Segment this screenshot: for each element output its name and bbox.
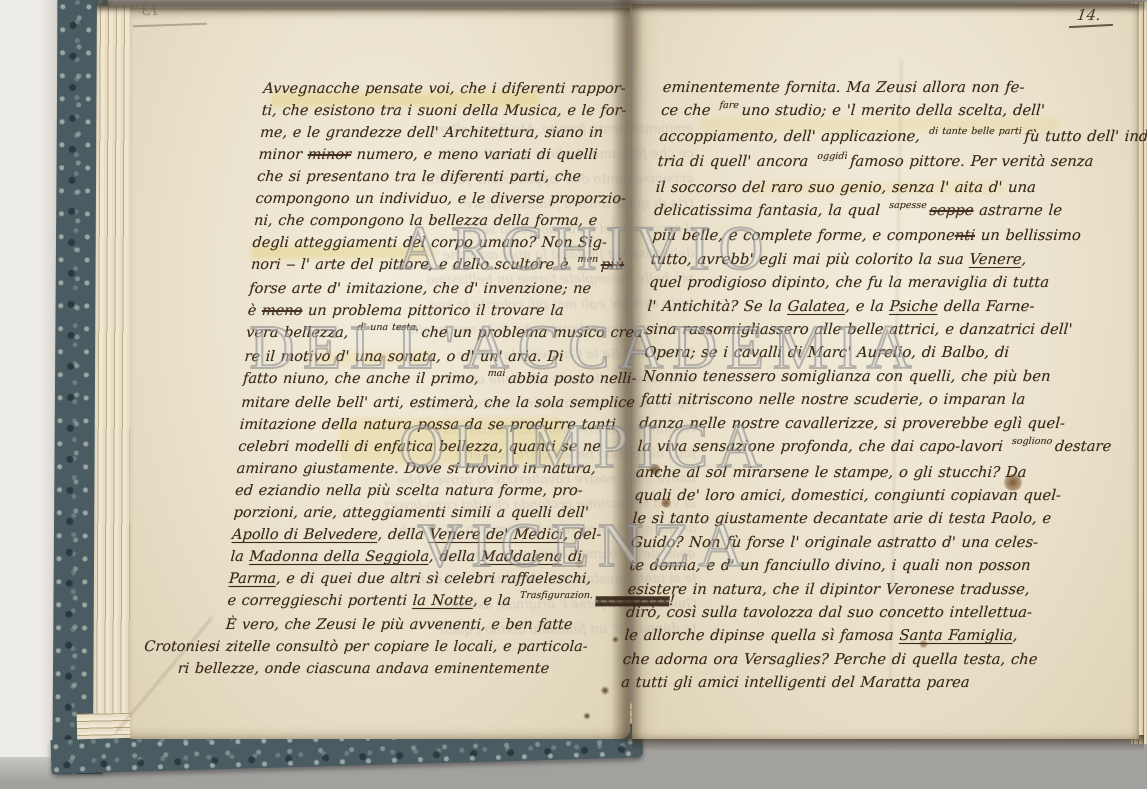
manuscript-text: più belle, e complete forme, e compone xyxy=(652,227,956,244)
manuscript-line: danza nelle nostre cavallerizze, si prov… xyxy=(639,412,1147,435)
manuscript-text: danza nelle nostre cavallerizze, si prov… xyxy=(639,415,1066,432)
manuscript-text: delicatissima fantasia, la qual xyxy=(654,202,887,219)
folio-mark-left-showthrough: 13 xyxy=(141,3,159,20)
manuscript-text: famoso pittore. Per verità senza xyxy=(849,153,1094,170)
manuscript-text: forse arte d' imitazione, che d' invenzi… xyxy=(249,281,592,297)
handwritten-text-right: eminentemente fornita. Ma Zeusi allora n… xyxy=(620,76,1147,695)
manuscript-text: e correggieschi portenti xyxy=(227,593,413,609)
manuscript-text: dirò, così sulla tavolozza dal suo conce… xyxy=(626,604,1033,621)
manuscript-line: celebri modelli di enfatica bellezza, qu… xyxy=(237,436,686,458)
interlinear-insertion: oggidì xyxy=(817,151,848,162)
manuscript-line: e correggieschi portenti la Notte, e la … xyxy=(227,590,676,614)
right-page: Raffaello, e Correggionon avrebberoimita… xyxy=(632,4,1139,739)
manuscript-text: , xyxy=(1012,627,1018,644)
manuscript-line: l' Antichità? Se la Galatea, e la Psiche… xyxy=(647,295,1147,318)
manuscript-line: delicatissima fantasia, la qual sapesses… xyxy=(653,199,1147,224)
manuscript-text: le sì tanto giustamente decantate arie d… xyxy=(632,510,1052,527)
manuscript-line: esistere in natura, che il dipintor Vero… xyxy=(627,578,1140,601)
manuscript-text: , della xyxy=(428,549,481,565)
manuscript-text: sina rassomigliassero alle belle attrici… xyxy=(645,321,1073,338)
manuscript-text: ni, che compongono la bellezza della for… xyxy=(253,213,597,229)
manuscript-line: ri bellezze, onde ciascuna andava eminen… xyxy=(177,658,671,680)
manuscript-text: quali de' loro amici, domestici, congiun… xyxy=(634,487,1062,504)
manuscript-line: eminentemente fornita. Ma Zeusi allora n… xyxy=(662,76,1147,99)
manuscript-text: eminentemente fornita. Ma Zeusi allora n… xyxy=(662,79,1025,96)
struck-word: seppe xyxy=(929,202,974,219)
manuscript-text: il soccorso del raro suo genio, senza l'… xyxy=(655,179,1036,196)
manuscript-text: ce che xyxy=(661,102,717,119)
left-page: eminentemente fornita. Ma Zeusi allorace… xyxy=(130,8,630,739)
manuscript-text: che un problema musico crea- xyxy=(421,325,648,341)
manuscript-line: imitazione della natura possa da se prod… xyxy=(239,414,688,436)
manuscript-text: amirano giustamente. Dove si trovino in … xyxy=(236,461,596,477)
interlinear-insertion: d' una testa, xyxy=(357,322,419,333)
manuscript-text: di xyxy=(562,549,583,565)
manuscript-text: Santa Famiglia xyxy=(899,627,1014,644)
manuscript-text: numero, e meno variati di quelli xyxy=(350,147,598,163)
manuscript-text: l' Antichità? Se la xyxy=(647,298,788,315)
manuscript-line: le allorche dipinse quella sì famosa San… xyxy=(624,624,1137,647)
open-book: eminentemente fornita. Ma Zeusi allorace… xyxy=(55,0,1147,789)
manuscript-text: vera bellezza, xyxy=(246,325,355,341)
manuscript-text: , e di quei due altri sì celebri raffael… xyxy=(276,571,592,587)
manuscript-text: le allorche dipinse quella sì famosa xyxy=(624,627,900,644)
manuscript-text: , xyxy=(1021,251,1027,268)
manuscript-text: È vero, che Zeusi le più avvenenti, e be… xyxy=(225,617,573,633)
manuscript-text: uno studio; e 'l merito della scelta, de… xyxy=(741,102,1045,119)
manuscript-text: Galatea xyxy=(787,298,846,315)
manuscript-line: degli atteggiamenti del corpo umano? Non… xyxy=(252,232,701,254)
folio-number-right: 14. xyxy=(1076,6,1102,24)
manuscript-line: Apollo di Belvedere, della Venere de' Me… xyxy=(231,524,680,546)
manuscript-line: amirano giustamente. Dove si trovino in … xyxy=(236,458,685,480)
manuscript-text: Madonna della Seggiola xyxy=(249,549,430,565)
manuscript-text: è xyxy=(247,303,262,319)
manuscript-line: più belle, e complete forme, e component… xyxy=(652,224,1147,247)
manuscript-text: fatti nitriscono nelle nostre scuderie, … xyxy=(640,391,1025,408)
manuscript-text: Venere de' Medici xyxy=(429,527,564,543)
manuscript-text: destare xyxy=(1054,438,1112,455)
manuscript-text: me, e le grandezze dell' Architettura, s… xyxy=(260,125,604,141)
manuscript-text: compongono un individuo, e le diverse pr… xyxy=(255,191,626,207)
manuscript-text: che adorna ora Versaglies? Perche di que… xyxy=(622,651,1038,668)
manuscript-text: anche al sol mirarsene le stampe, o gli … xyxy=(635,464,1027,481)
manuscript-line: che adorna ora Versaglies? Perche di que… xyxy=(622,648,1135,671)
manuscript-text: ti, che esistono tra i suoni della Music… xyxy=(261,103,627,119)
manuscript-text: imitazione della natura possa da se prod… xyxy=(239,417,616,433)
manuscript-scan: { "meta": { "description": "Scanned open… xyxy=(0,0,1147,789)
manuscript-text: fatto niuno, che anche il primo, xyxy=(242,371,484,387)
manuscript-line: ce che fareuno studio; e 'l merito della… xyxy=(660,99,1147,124)
manuscript-line: re il motivo d' una sonata, o d' un' ari… xyxy=(244,346,693,368)
manuscript-text: tutto, avrebb' egli mai più colorito la … xyxy=(650,251,970,268)
manuscript-text: tria di quell' ancora xyxy=(657,153,815,170)
manuscript-text: , del- xyxy=(563,527,602,543)
manuscript-line: la Madonna della Seggiola, della Maddale… xyxy=(230,546,679,568)
manuscript-line: Parma, e di quei due altri sì celebri ra… xyxy=(228,568,677,590)
manuscript-line: ti, che esistono tra i suoni della Music… xyxy=(261,100,710,122)
manuscript-line: è meno un problema pittorico il trovare … xyxy=(247,300,696,322)
manuscript-line: vera bellezza, d' una testa,che un probl… xyxy=(245,322,694,346)
manuscript-line: Crotoniesi zitelle consultò per copiare … xyxy=(143,636,672,658)
manuscript-line: ed eziandio nella più scelta natura form… xyxy=(234,480,683,502)
manuscript-line: mitare delle bell' arti, estimerà, che l… xyxy=(241,392,690,414)
manuscript-line: tutto, avrebb' egli mai più colorito la … xyxy=(650,248,1147,271)
interlinear-insertion: sapesse xyxy=(889,200,927,211)
manuscript-line: sina rassomigliassero alle belle attrici… xyxy=(645,318,1147,341)
manuscript-line: me, e le grandezze dell' Architettura, s… xyxy=(259,122,708,144)
scanner-glare-strip xyxy=(0,0,57,757)
struck-word: più xyxy=(600,257,624,273)
manuscript-text: , e la xyxy=(845,298,890,315)
interlinear-insertion: mai xyxy=(487,368,505,379)
manuscript-text: nori ‒ l' arte del pittore, e dello scul… xyxy=(250,257,574,273)
manuscript-line: porzioni, arie, atteggiamenti simili a q… xyxy=(233,502,682,524)
manuscript-text: accoppiamento, dell' applicazione, xyxy=(659,128,927,145)
manuscript-line: che si presentano tra le diferenti parti… xyxy=(256,166,705,188)
manuscript-line: minor minor numero, e meno variati di qu… xyxy=(258,144,707,166)
manuscript-line: nori ‒ l' arte del pittore, e dello scul… xyxy=(250,254,699,278)
manuscript-line: accoppiamento, dell' applicazione, di ta… xyxy=(658,125,1147,150)
interlinear-insertion: men xyxy=(577,254,599,265)
manuscript-text: minor xyxy=(258,147,308,163)
manuscript-text: un bellissimo xyxy=(974,227,1081,244)
interlinear-insertion: fare xyxy=(719,100,739,111)
manuscript-text: te donna, e d' un fanciullo divino, i qu… xyxy=(629,557,1031,574)
manuscript-line: Guido? Non fù forse l' originale astratt… xyxy=(630,531,1143,554)
manuscript-text: , della xyxy=(377,527,430,543)
manuscript-line: fatti nitriscono nelle nostre scuderie, … xyxy=(640,388,1147,411)
manuscript-line: compongono un individuo, e le diverse pr… xyxy=(255,188,704,210)
manuscript-line: te donna, e d' un fanciullo divino, i qu… xyxy=(629,554,1142,577)
manuscript-text: Venere xyxy=(969,251,1022,268)
interlinear-insertion: di tante belle parti xyxy=(929,126,1023,137)
manuscript-text: fù tutto dell' indus- xyxy=(1024,128,1147,145)
manuscript-text: che si presentano tra le diferenti parti… xyxy=(257,169,582,185)
manuscript-text: la xyxy=(230,549,250,565)
manuscript-text: Guido? Non fù forse l' originale astratt… xyxy=(630,534,1038,551)
manuscript-text: mitare delle bell' arti, estimerà, che l… xyxy=(241,395,636,411)
manuscript-text: abbia posto nelli- xyxy=(507,371,637,387)
manuscript-line: le sì tanto giustamente decantate arie d… xyxy=(632,507,1145,530)
manuscript-text: Apollo di Belvedere xyxy=(232,527,379,543)
manuscript-text: la viva sensazione profonda, che dai cap… xyxy=(637,438,1009,455)
struck-word: minor xyxy=(307,147,352,163)
struck-word: nti xyxy=(954,227,975,244)
manuscript-line: tria di quell' ancora oggidìfamoso pitto… xyxy=(657,150,1147,175)
manuscript-text: Maddalena xyxy=(480,549,563,565)
page-top-edge-smudge xyxy=(97,0,1145,9)
manuscript-line: a tutti gli amici intelligenti del Marat… xyxy=(620,671,1133,694)
manuscript-text: la Notte xyxy=(412,593,474,609)
manuscript-text: porzioni, arie, atteggiamenti simili a q… xyxy=(233,505,589,521)
manuscript-text: della Farne- xyxy=(937,298,1035,315)
manuscript-line: Avvegnacche pensate voi, che i diferenti… xyxy=(263,78,712,100)
manuscript-text: Crotoniesi zitelle consultò per copiare … xyxy=(144,639,589,655)
manuscript-line: È vero, che Zeusi le più avvenenti, e be… xyxy=(225,614,674,636)
manuscript-line: Opera; se i cavalli di Marc' Aurelio, di… xyxy=(643,341,1147,364)
struck-word: meno xyxy=(261,303,303,319)
manuscript-text: celebri modelli di enfatica bellezza, qu… xyxy=(238,439,602,455)
interlinear-insertion: sogliono xyxy=(1012,436,1053,447)
manuscript-line: quel prodigioso dipinto, che fu la merav… xyxy=(648,271,1147,294)
manuscript-line: la viva sensazione profonda, che dai cap… xyxy=(637,435,1147,460)
manuscript-line: Nonnio tenessero somiglianza con quelli,… xyxy=(642,365,1147,388)
manuscript-text: Avvegnacche pensate voi, che i diferenti… xyxy=(263,81,626,97)
manuscript-text: a tutti gli amici intelligenti del Marat… xyxy=(621,674,971,691)
manuscript-text: un problema pittorico il trovare la xyxy=(302,303,564,319)
manuscript-line: il soccorso del raro suo genio, senza l'… xyxy=(655,176,1147,199)
manuscript-line: fatto niuno, che anche il primo, maiabbi… xyxy=(242,368,691,392)
manuscript-text: degli atteggiamenti del corpo umano? Non… xyxy=(252,235,607,251)
manuscript-line: anche al sol mirarsene le stampe, o gli … xyxy=(635,461,1147,484)
manuscript-text: ed eziandio nella più scelta natura form… xyxy=(235,483,584,499)
interlinear-insertion: Trasfigurazion. xyxy=(520,590,594,601)
manuscript-text: quel prodigioso dipinto, che fu la merav… xyxy=(649,274,1050,291)
manuscript-text: Nonnio tenessero somiglianza con quelli,… xyxy=(642,368,1051,385)
manuscript-text: , e la xyxy=(473,593,517,609)
manuscript-line: ni, che compongono la bellezza della for… xyxy=(253,210,702,232)
manuscript-line: quali de' loro amici, domestici, congiun… xyxy=(633,484,1146,507)
manuscript-text: esistere in natura, che il dipintor Vero… xyxy=(627,581,1030,598)
manuscript-text: Psiche xyxy=(889,298,939,315)
manuscript-text: re il motivo d' una sonata, o d' un' ari… xyxy=(244,349,564,365)
scanner-glare-strip-bottom xyxy=(0,757,57,789)
manuscript-text: Parma xyxy=(228,571,276,587)
manuscript-text: Opera; se i cavalli di Marc' Aurelio, di… xyxy=(644,344,1010,361)
manuscript-line: forse arte d' imitazione, che d' invenzi… xyxy=(249,278,698,300)
manuscript-text: astrarne le xyxy=(973,202,1063,219)
manuscript-text: ri bellezze, onde ciascuna andava eminen… xyxy=(177,661,550,677)
manuscript-line: dirò, così sulla tavolozza dal suo conce… xyxy=(625,601,1138,624)
